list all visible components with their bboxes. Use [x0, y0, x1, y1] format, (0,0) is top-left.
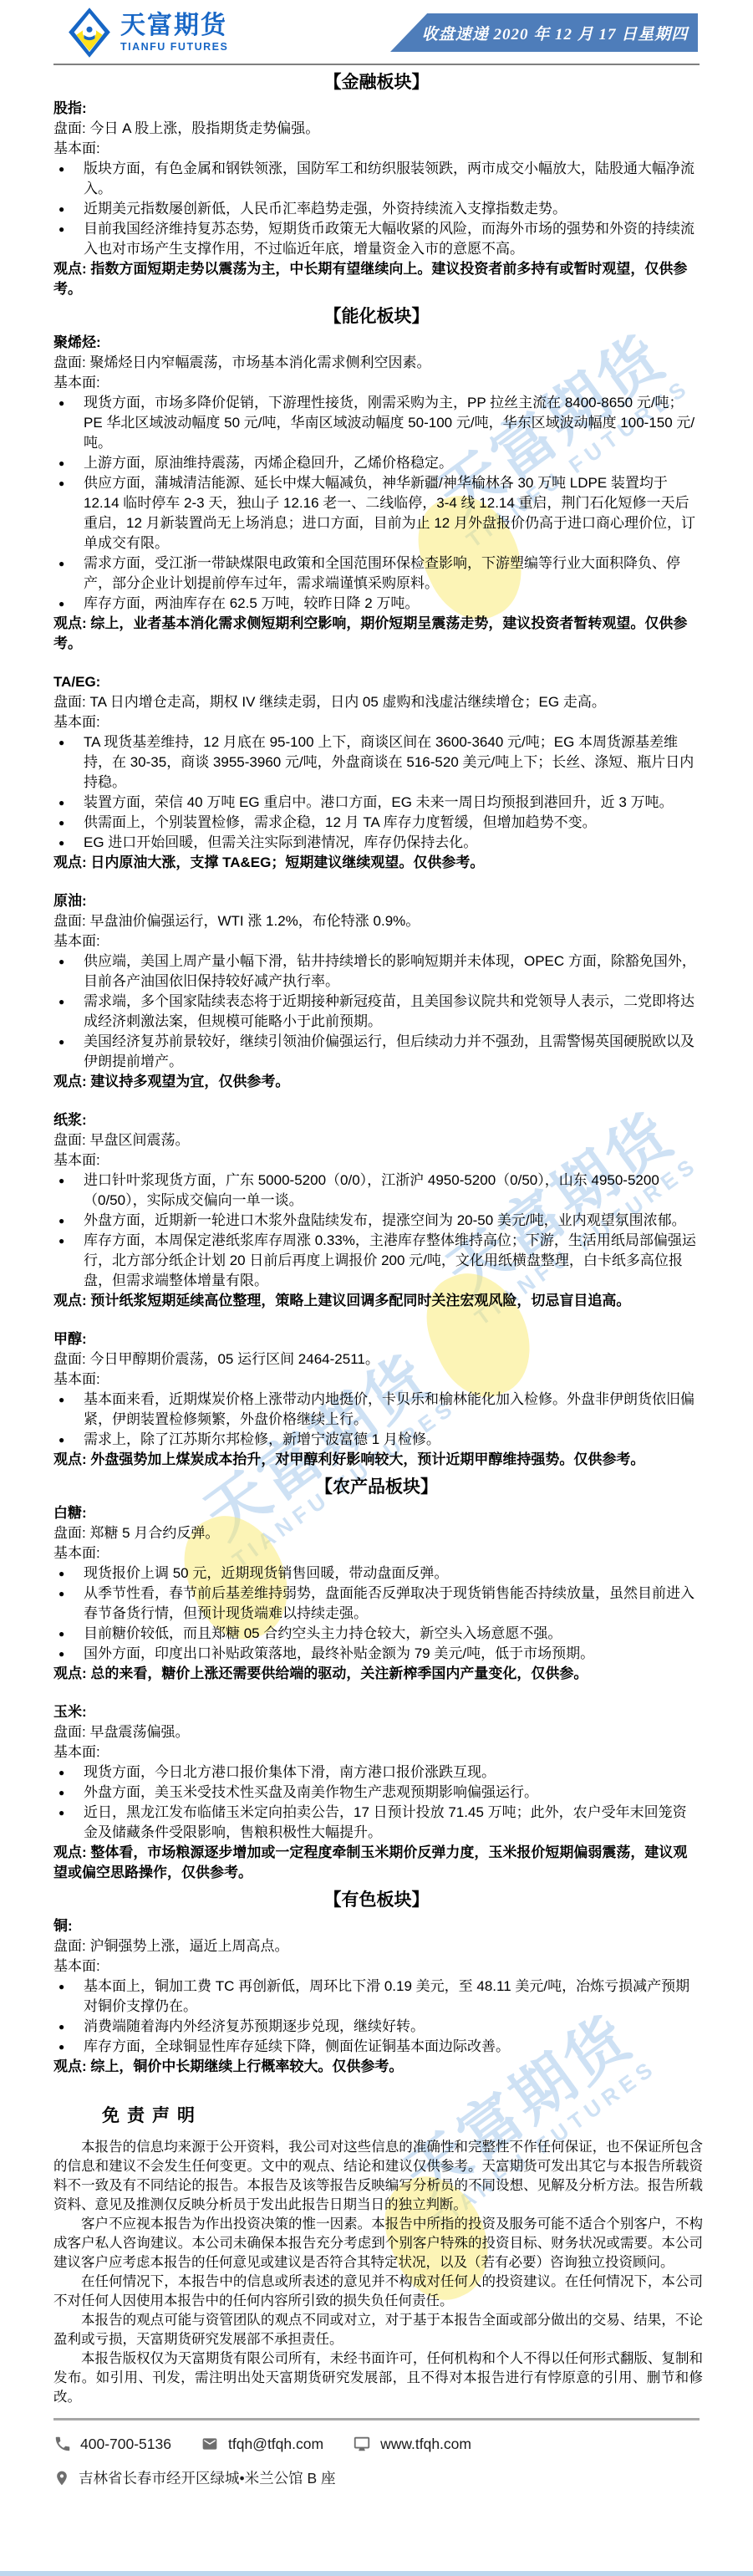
fundamental-label: 基本面: — [53, 373, 700, 393]
disclaimer-section: 免责声明 本报告的信息均来源于公开资料，我公司对这些信息的准确性和完整性不作任何… — [0, 2102, 753, 2406]
commodity-block: 聚烯烃:盘面: 聚烯烃日内窄幅震荡，市场基本消化需求侧利空因素。基本面:●现货方… — [53, 333, 700, 654]
bullet-item: ●美国经济复苏前景较好，继续引领油价偏强运行，但后续动力并不强劲，且需警惕英国硬… — [53, 1032, 700, 1072]
surface-line: 盘面: 今日 A 股上涨，股指期货走势偏强。 — [53, 119, 700, 139]
surface-line: 盘面: 沪铜强势上涨，逼近上周高点。 — [53, 1936, 700, 1956]
bullet-text: 消费端随着海内外经济复苏预期逐步兑现，继续好转。 — [84, 2018, 425, 2034]
bullet-text: 外盘方面，近期新一轮进口木浆外盘陆续发布，提涨空间为 20-50 美元/吨，业内… — [84, 1212, 686, 1228]
bullet-item: ●需求方面，受江浙一带缺煤限电政策和全国范围环保检查影响，下游塑编等行业大面积降… — [53, 553, 700, 594]
bullet-item: ●上游方面，原油维持震荡，丙烯企稳回升，乙烯价格稳定。 — [53, 453, 700, 473]
bullet-text: 需求端，多个国家陆续表态将于近期接种新冠疫苗，且美国参议院共和党领导人表示，二党… — [84, 993, 694, 1029]
bullet-text: 装置方面，荣信 40 万吨 EG 重启中。港口方面，EG 未来一周日均预报到港回… — [84, 794, 674, 810]
bullet-text: 上游方面，原油维持震荡，丙烯企稳回升，乙烯价格稳定。 — [84, 455, 453, 471]
commodity-block: 玉米:盘面: 早盘震荡偏强。基本面:●现货方面，今日北方港口报价集体下滑，南方港… — [53, 1702, 700, 1883]
bullet-text: 基本面上，铜加工费 TC 再创新低，周环比下滑 0.19 美元，至 48.11 … — [84, 1978, 689, 2014]
bullet-text: 供需面上，个别装置检修，需求企稳，12 月 TA 库存力度暂缓，但增加趋势不变。 — [84, 814, 597, 830]
surface-line: 盘面: TA 日内增仓走高，期权 IV 继续走弱，日内 05 虚购和浅虚沽继续增… — [53, 692, 700, 712]
commodity-name: 聚烯烃: — [53, 333, 700, 353]
email-address: tfqh@tfqh.com — [228, 2436, 323, 2453]
bullet-icon: ● — [59, 473, 64, 493]
commodity-name: 纸浆: — [53, 1110, 700, 1130]
bullet-item: ●现货报价上调 50 元，近期现货销售回暖，带动盘面反弹。 — [53, 1563, 700, 1584]
bullet-item: ●目前我国经济维持复苏态势，短期货币政策无大幅收紧的风险，而海外市场的强势和外资… — [53, 219, 700, 259]
report-header: 天富期货 TIANFU FUTURES 收盘速递 2020 年 12 月 17 … — [0, 0, 753, 60]
bullet-text: 库存方面，全球铜显性库存延续下降，侧面佐证铜基本面边际改善。 — [84, 2038, 510, 2054]
bullet-icon: ● — [59, 793, 64, 813]
viewpoint-line: 观点: 总的来看，糖价上涨还需要供给端的驱动，关注新榨季国内产量变化，仅供参。 — [53, 1664, 700, 1684]
bullet-icon: ● — [59, 813, 64, 833]
viewpoint-line: 观点: 预计纸浆短期延续高位整理，策略上建议回调多配同时关注宏观风险，切忌盲目追… — [53, 1291, 700, 1311]
bullet-icon: ● — [59, 1211, 64, 1231]
date-banner: 收盘速递 2020 年 12 月 17 日星期四 — [390, 13, 698, 52]
report-section: 【金融板块】股指:盘面: 今日 A 股上涨，股指期货走势偏强。基本面:●版块方面… — [53, 71, 700, 299]
fundamental-list: ●现货报价上调 50 元，近期现货销售回暖，带动盘面反弹。●从季节性看，春节前后… — [53, 1563, 700, 1664]
bullet-text: 供应方面，蒲城清洁能源、延长中煤大幅减负，神华新疆/神华榆林各 30 万吨 LD… — [84, 475, 695, 551]
surface-line: 盘面: 郑糖 5 月合约反弹。 — [53, 1523, 700, 1543]
bullet-text: 基本面来看，近期煤炭价格上涨带动内地挺价，卡贝乐和榆林能化加入检修。外盘非伊朗货… — [84, 1391, 694, 1427]
bullet-icon: ● — [59, 1762, 64, 1783]
fundamental-list: ●基本面上，铜加工费 TC 再创新低，周环比下滑 0.19 美元，至 48.11… — [53, 1977, 700, 2057]
viewpoint-line: 观点: 整体看，市场粮源逐步增加或一定程度牵制玉米期价反弹力度，玉米报价短期偏弱… — [53, 1843, 700, 1883]
disclaimer-paragraphs: 本报告的信息均来源于公开资料，我公司对这些信息的准确性和完整性不作任何保证，也不… — [53, 2137, 703, 2406]
bullet-icon: ● — [59, 2037, 64, 2057]
bullet-text: 外盘方面，美玉米受技术性买盘及南美作物生产悲观预期影响偏强运行。 — [84, 1784, 538, 1800]
bullet-text: 现货方面，今日北方港口报价集体下滑，南方港口报价涨跌互现。 — [84, 1764, 496, 1780]
company-address: 吉林省长春市经开区绿城•米兰公馆 B 座 — [79, 2467, 336, 2488]
fundamental-label: 基本面: — [53, 139, 700, 159]
viewpoint-line: 观点: 日内原油大涨，支撑 TA&EG；短期建议继续观望。仅供参考。 — [53, 853, 700, 873]
bullet-item: ●需求端，多个国家陆续表态将于近期接种新冠疫苗，且美国参议院共和党领导人表示，二… — [53, 992, 700, 1032]
bullet-icon: ● — [59, 1783, 64, 1803]
bottom-accent-bar — [0, 2571, 753, 2576]
commodity-name: 原油: — [53, 891, 700, 911]
phone-icon — [53, 2435, 72, 2453]
fundamental-list: ●进口针叶浆现货方面，广东 5000-5200（0/0），江浙沪 4950-52… — [53, 1171, 700, 1291]
bullet-item: ●TA 现货基差维持，12 月底在 95-100 上下，商谈区间在 3600-3… — [53, 732, 700, 793]
bullet-icon: ● — [59, 1584, 64, 1604]
fundamental-label: 基本面: — [53, 712, 700, 732]
bullet-text: 现货方面，市场多降价促销，下游理性接货，刚需采购为主，PP 拉丝主流在 8400… — [84, 395, 694, 451]
bullet-item: ●库存方面，全球铜显性库存延续下降，侧面佐证铜基本面边际改善。 — [53, 2037, 700, 2057]
bullet-item: ●现货方面，今日北方港口报价集体下滑，南方港口报价涨跌互现。 — [53, 1762, 700, 1783]
bullet-text: 美国经济复苏前景较好，继续引领油价偏强运行，但后续动力并不强劲，且需警惕英国硬脱… — [84, 1033, 694, 1069]
bullet-text: 供应端，美国上周产量小幅下滑，钻井持续增长的影响短期并未体现，OPEC 方面，除… — [84, 953, 696, 989]
surface-line: 盘面: 聚烯烃日内窄幅震荡，市场基本消化需求侧利空因素。 — [53, 353, 700, 373]
report-section: 【能化板块】聚烯烃:盘面: 聚烯烃日内窄幅震荡，市场基本消化需求侧利空因素。基本… — [53, 305, 700, 1470]
fundamental-label: 基本面: — [53, 1956, 700, 1977]
viewpoint-line: 观点: 建议持多观望为宜，仅供参考。 — [53, 1072, 700, 1092]
fundamental-list: ●基本面来看，近期煤炭价格上涨带动内地挺价，卡贝乐和榆林能化加入检修。外盘非伊朗… — [53, 1390, 700, 1450]
bullet-icon: ● — [59, 992, 64, 1012]
commodity-name: 白糖: — [53, 1503, 700, 1523]
bullet-icon: ● — [59, 951, 64, 972]
viewpoint-line: 观点: 指数方面短期走势以震荡为主，中长期有望继续向上。建议投资者前多持有或暂时… — [53, 259, 700, 299]
bullet-text: 需求方面，受江浙一带缺煤限电政策和全国范围环保检查影响，下游塑编等行业大面积降负… — [84, 555, 680, 591]
commodity-name: TA/EG: — [53, 672, 700, 692]
bullet-item: ●进口针叶浆现货方面，广东 5000-5200（0/0），江浙沪 4950-52… — [53, 1171, 700, 1211]
bullet-icon: ● — [59, 1171, 64, 1191]
bullet-item: ●供应端，美国上周产量小幅下滑，钻井持续增长的影响短期并未体现，OPEC 方面，… — [53, 951, 700, 992]
bullet-text: 现货报价上调 50 元，近期现货销售回暖，带动盘面反弹。 — [84, 1565, 448, 1581]
disclaimer-paragraph: 本报告的信息均来源于公开资料，我公司对这些信息的准确性和完整性不作任何保证，也不… — [53, 2137, 703, 2214]
fundamental-list: ●版块方面，有色金属和钢铁领涨，国防军工和纺织服装领跌，两市成交小幅放大，陆股通… — [53, 159, 700, 259]
surface-line: 盘面: 今日甲醇期价震荡，05 运行区间 2464-2511。 — [53, 1349, 700, 1370]
contact-row-2: 吉林省长春市经开区绿城•米兰公馆 B 座 — [53, 2467, 700, 2488]
fundamental-list: ●供应端，美国上周产量小幅下滑，钻井持续增长的影响短期并未体现，OPEC 方面，… — [53, 951, 700, 1072]
commodity-block: 铜:盘面: 沪铜强势上涨，逼近上周高点。基本面:●基本面上，铜加工费 TC 再创… — [53, 1916, 700, 2077]
bullet-text: 国外方面，印度出口补贴政策落地，最终补贴金额为 79 美元/吨，低于市场预期。 — [84, 1645, 594, 1661]
tianfu-logo: 天富期货 TIANFU FUTURES — [67, 7, 228, 59]
bullet-item: ●供需面上，个别装置检修，需求企稳，12 月 TA 库存力度暂缓，但增加趋势不变… — [53, 813, 700, 833]
bullet-icon: ● — [59, 1390, 64, 1410]
bullet-text: 库存方面，本周保定港纸浆库存周涨 0.33%，主港库存整体维持高位；下游，生活用… — [84, 1232, 696, 1288]
bullet-text: 库存方面，两油库存在 62.5 万吨，较昨日降 2 万吨。 — [84, 595, 419, 611]
bullet-item: ●EG 进口开始回暖，但需关注实际到港情况，库存仍保持去化。 — [53, 833, 700, 853]
bullet-icon: ● — [59, 833, 64, 853]
bullet-icon: ● — [59, 453, 64, 473]
bullet-item: ●基本面来看，近期煤炭价格上涨带动内地挺价，卡贝乐和榆林能化加入检修。外盘非伊朗… — [53, 1390, 700, 1430]
bullet-item: ●库存方面，本周保定港纸浆库存周涨 0.33%，主港库存整体维持高位；下游，生活… — [53, 1231, 700, 1291]
fundamental-label: 基本面: — [53, 1370, 700, 1390]
bullet-text: 近期美元指数屡创新低，人民币汇率趋势走强，外资持续流入支撑指数走势。 — [84, 201, 567, 217]
commodity-name: 股指: — [53, 99, 700, 119]
contact-row-1: 400-700-5136 tfqh@tfqh.com www.tfqh.com — [53, 2435, 700, 2453]
disclaimer-title: 免责声明 — [102, 2102, 703, 2127]
bullet-icon: ● — [59, 1644, 64, 1664]
bullet-icon: ● — [59, 732, 64, 752]
viewpoint-line: 观点: 综上，业者基本消化需求侧短期利空影响，期价短期呈震荡走势，建议投资者暂转… — [53, 614, 700, 654]
viewpoint-line: 观点: 综上，铜价中长期继续上行概率较大。仅供参考。 — [53, 2057, 700, 2077]
bullet-text: 目前我国经济维持复苏态势，短期货币政策无大幅收紧的风险，而海外市场的强势和外资的… — [84, 221, 694, 257]
bullet-icon: ● — [59, 1563, 64, 1584]
bullet-item: ●从季节性看，春节前后基差维持弱势，盘面能否反弹取决于现货销售能否持续放量，虽然… — [53, 1584, 700, 1624]
monitor-icon — [352, 2435, 372, 2453]
bullet-icon: ● — [59, 1430, 64, 1450]
bullet-icon: ● — [59, 1977, 64, 1997]
surface-line: 盘面: 早盘油价偏强运行，WTI 涨 1.2%，布伦特涨 0.9%。 — [53, 911, 700, 931]
section-title: 【农产品板块】 — [53, 1476, 700, 1499]
fundamental-list: ●现货方面，市场多降价促销，下游理性接货，刚需采购为主，PP 拉丝主流在 840… — [53, 393, 700, 614]
section-title: 【能化板块】 — [53, 305, 700, 329]
surface-line: 盘面: 早盘震荡偏强。 — [53, 1722, 700, 1742]
footer-divider — [53, 2418, 700, 2420]
bullet-text: 版块方面，有色金属和钢铁领涨，国防军工和纺织服装领跌，两市成交小幅放大，陆股通大… — [84, 161, 694, 196]
report-body: 【金融板块】股指:盘面: 今日 A 股上涨，股指期货走势偏强。基本面:●版块方面… — [0, 71, 753, 2077]
bullet-item: ●需求上，除了江苏斯尔邦检修，新增宁波富德 1 月检修。 — [53, 1430, 700, 1450]
website-url: www.tfqh.com — [380, 2436, 471, 2453]
commodity-block: 甲醇:盘面: 今日甲醇期价震荡，05 运行区间 2464-2511。基本面:●基… — [53, 1329, 700, 1470]
bullet-icon: ● — [59, 1803, 64, 1823]
bullet-item: ●库存方面，两油库存在 62.5 万吨，较昨日降 2 万吨。 — [53, 594, 700, 614]
fundamental-label: 基本面: — [53, 1742, 700, 1762]
bullet-item: ●外盘方面，近期新一轮进口木浆外盘陆续发布，提涨空间为 20-50 美元/吨，业… — [53, 1211, 700, 1231]
commodity-name: 甲醇: — [53, 1329, 700, 1349]
logo-cn-text: 天富期货 — [120, 13, 228, 39]
commodity-name: 玉米: — [53, 1702, 700, 1722]
section-title: 【金融板块】 — [53, 71, 700, 94]
commodity-block: 股指:盘面: 今日 A 股上涨，股指期货走势偏强。基本面:●版块方面，有色金属和… — [53, 99, 700, 299]
bullet-item: ●近日，黑龙江发布临储玉米定向拍卖公告，17 日预计投放 71.45 万吨；此外… — [53, 1803, 700, 1843]
report-section: 【有色板块】铜:盘面: 沪铜强势上涨，逼近上周高点。基本面:●基本面上，铜加工费… — [53, 1889, 700, 2077]
mail-icon — [200, 2436, 220, 2452]
report-section: 【农产品板块】白糖:盘面: 郑糖 5 月合约反弹。基本面:●现货报价上调 50 … — [53, 1476, 700, 1883]
bullet-icon: ● — [59, 594, 64, 614]
bullet-text: 近日，黑龙江发布临储玉米定向拍卖公告，17 日预计投放 71.45 万吨；此外，… — [84, 1804, 687, 1840]
fundamental-list: ●TA 现货基差维持，12 月底在 95-100 上下，商谈区间在 3600-3… — [53, 732, 700, 853]
logo-diamond-icon — [67, 7, 112, 59]
bullet-icon: ● — [59, 1032, 64, 1052]
fundamental-label: 基本面: — [53, 1150, 700, 1171]
bullet-icon: ● — [59, 219, 64, 239]
bullet-icon: ● — [59, 553, 64, 574]
bullet-item: ●国外方面，印度出口补贴政策落地，最终补贴金额为 79 美元/吨，低于市场预期。 — [53, 1644, 700, 1664]
report-page: 天富期货 TIANFU FUTURES 天富期货 TIANFU FUTURES … — [0, 0, 753, 2576]
bullet-item: ●供应方面，蒲城清洁能源、延长中煤大幅减负，神华新疆/神华榆林各 30 万吨 L… — [53, 473, 700, 553]
logo-en-text: TIANFU FUTURES — [120, 41, 228, 53]
logo-text: 天富期货 TIANFU FUTURES — [120, 13, 228, 53]
bullet-text: TA 现货基差维持，12 月底在 95-100 上下，商谈区间在 3600-36… — [84, 734, 694, 790]
bullet-item: ●基本面上，铜加工费 TC 再创新低，周环比下滑 0.19 美元，至 48.11… — [53, 1977, 700, 2017]
commodity-name: 铜: — [53, 1916, 700, 1936]
bullet-text: 需求上，除了江苏斯尔邦检修，新增宁波富德 1 月检修。 — [84, 1431, 440, 1447]
bullet-item: ●近期美元指数屡创新低，人民币汇率趋势走强，外资持续流入支撑指数走势。 — [53, 199, 700, 219]
bullet-text: 进口针叶浆现货方面，广东 5000-5200（0/0），江浙沪 4950-520… — [84, 1172, 659, 1208]
bullet-icon: ● — [59, 1231, 64, 1251]
bullet-item: ●消费端随着海内外经济复苏预期逐步兑现，继续好转。 — [53, 2017, 700, 2037]
commodity-block: 白糖:盘面: 郑糖 5 月合约反弹。基本面:●现货报价上调 50 元，近期现货销… — [53, 1503, 700, 1684]
bullet-icon: ● — [59, 199, 64, 219]
fundamental-list: ●现货方面，今日北方港口报价集体下滑，南方港口报价涨跌互现。●外盘方面，美玉米受… — [53, 1762, 700, 1843]
bullet-item: ●版块方面，有色金属和钢铁领涨，国防军工和纺织服装领跌，两市成交小幅放大，陆股通… — [53, 159, 700, 199]
fundamental-label: 基本面: — [53, 931, 700, 951]
commodity-block: 原油:盘面: 早盘油价偏强运行，WTI 涨 1.2%，布伦特涨 0.9%。基本面… — [53, 891, 700, 1092]
bullet-icon: ● — [59, 2017, 64, 2037]
phone-number: 400-700-5136 — [80, 2436, 171, 2453]
commodity-block: TA/EG:盘面: TA 日内增仓走高，期权 IV 继续走弱，日内 05 虚购和… — [53, 672, 700, 873]
bullet-item: ●装置方面，荣信 40 万吨 EG 重启中。港口方面，EG 未来一周日均预报到港… — [53, 793, 700, 813]
bullet-item: ●现货方面，市场多降价促销，下游理性接货，刚需采购为主，PP 拉丝主流在 840… — [53, 393, 700, 453]
location-pin-icon — [53, 2468, 70, 2488]
disclaimer-paragraph: 本报告版权仅为天富期货有限公司所有，未经书面许可，任何机构和个人不得以任何形式翻… — [53, 2349, 703, 2406]
bullet-icon: ● — [59, 1624, 64, 1644]
bullet-icon: ● — [59, 393, 64, 413]
surface-line: 盘面: 早盘区间震荡。 — [53, 1130, 700, 1150]
section-title: 【有色板块】 — [53, 1889, 700, 1912]
bullet-text: 目前糖价较低，而且郑糖 05 合约空头主力持仓较大，新空头入场意愿不强。 — [84, 1625, 562, 1641]
report-footer: 400-700-5136 tfqh@tfqh.com www.tfqh.com … — [0, 2418, 753, 2488]
disclaimer-paragraph: 客户不应视本报告为作出投资决策的惟一因素。本报告中所指的投资及服务可能不适合个别… — [53, 2214, 703, 2272]
fundamental-label: 基本面: — [53, 1543, 700, 1563]
disclaimer-paragraph: 本报告的观点可能与资管团队的观点不同或对立，对于基于本报告全面或部分做出的交易、… — [53, 2310, 703, 2349]
viewpoint-line: 观点: 外盘强势加上煤炭成本抬升，对甲醇利好影响较大，预计近期甲醇维持强势。仅供… — [53, 1450, 700, 1470]
bullet-icon: ● — [59, 159, 64, 179]
disclaimer-paragraph: 在任何情况下，本报告中的信息或所表述的意见并不构成对任何人的投资建议。在任何情况… — [53, 2272, 703, 2310]
header-divider — [53, 64, 700, 65]
bullet-text: 从季节性看，春节前后基差维持弱势，盘面能否反弹取决于现货销售能否持续放量，虽然目… — [84, 1585, 694, 1621]
commodity-block: 纸浆:盘面: 早盘区间震荡。基本面:●进口针叶浆现货方面，广东 5000-520… — [53, 1110, 700, 1311]
bullet-item: ●目前糖价较低，而且郑糖 05 合约空头主力持仓较大，新空头入场意愿不强。 — [53, 1624, 700, 1644]
bullet-text: EG 进口开始回暖，但需关注实际到港情况，库存仍保持去化。 — [84, 834, 477, 850]
bullet-item: ●外盘方面，美玉米受技术性买盘及南美作物生产悲观预期影响偏强运行。 — [53, 1783, 700, 1803]
